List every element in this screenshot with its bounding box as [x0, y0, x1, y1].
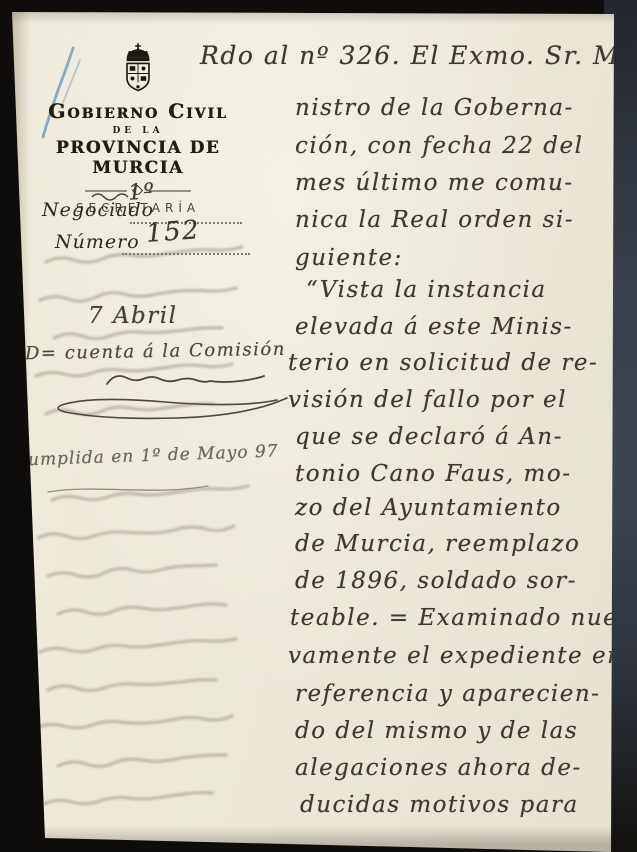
letter-line: visión del fallo por el — [288, 384, 567, 416]
letter-line: de Murcia, reemplazo — [295, 528, 580, 560]
letter-line: mes último me comu- — [295, 167, 574, 199]
negociado-value: 1º — [127, 179, 156, 205]
letter-line: Rdo al nº 326. El Exmo. Sr. Mi- — [200, 40, 637, 72]
numero-value: 152 — [145, 215, 201, 249]
letter-line: alegaciones ahora de- — [295, 752, 582, 784]
letter-line: nica la Real orden si- — [295, 204, 574, 236]
letter-line: ción, con fecha 22 del — [295, 130, 583, 162]
letter-line: vamente el expediente en — [288, 640, 623, 672]
letterhead-subtitle: DE LA — [28, 126, 248, 136]
letter-line: zo del Ayuntamiento — [295, 492, 562, 524]
letter-line: referencia y aparecien- — [295, 678, 600, 710]
signature-rubric — [52, 368, 297, 426]
coat-of-arms-icon — [116, 42, 160, 94]
numero-label: Número — [55, 231, 140, 253]
numero-dotted-line — [122, 252, 250, 255]
underline-flourish — [44, 480, 214, 498]
letterhead-title: Gobierno Civil — [28, 99, 248, 123]
letterhead-province: PROVINCIA DE MURCIA — [28, 138, 248, 178]
letter-line: nistro de la Goberna- — [295, 92, 574, 124]
letter-line: tonio Cano Faus, mo- — [295, 458, 571, 490]
letter-line: elevada á este Minis- — [295, 311, 573, 343]
letter-line: “Vista la instancia — [306, 274, 547, 306]
letter-line: terio en solicitud de re- — [288, 347, 598, 379]
letter-line: ducidas motivos para — [300, 789, 579, 821]
letter-line: guiente: — [295, 242, 403, 274]
letter-line: do del mismo y de las — [295, 715, 578, 747]
letter-line: teable. = Examinado nue- — [290, 602, 628, 634]
scanned-document-photo: Gobierno Civil DE LA PROVINCIA DE MURCIA… — [0, 0, 637, 852]
document-paper: Gobierno Civil DE LA PROVINCIA DE MURCIA… — [0, 0, 637, 852]
letter-line: de 1896, soldado sor- — [295, 565, 577, 597]
letter-line: que se declaró á An- — [295, 421, 563, 453]
margin-date-note: 7 Abril — [88, 303, 177, 329]
